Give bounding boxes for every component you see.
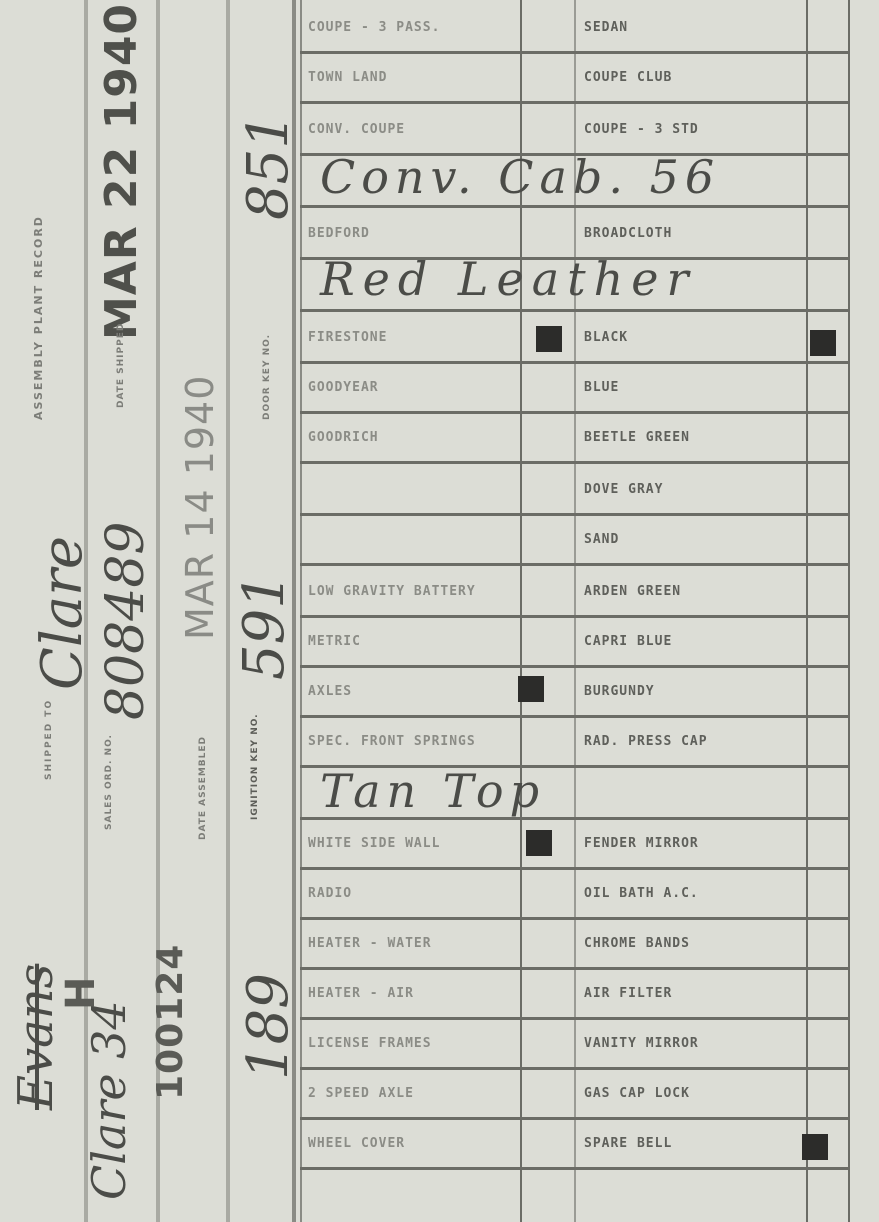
model-code: H	[58, 976, 104, 1010]
option-left-label: GOODYEAR	[304, 364, 524, 411]
option-left-label: LOW GRAVITY BATTERY	[304, 568, 524, 615]
option-left-label: RADIO	[304, 870, 524, 917]
date-assembled-label: DATE ASSEMBLED	[198, 736, 208, 840]
table-row: COUPE - 3 PASS.SEDAN	[300, 4, 850, 54]
sales-order-number: 808489	[96, 521, 156, 720]
table-row: SAND	[300, 516, 850, 566]
strip-divider	[226, 0, 230, 1222]
table-row: RADIOOIL BATH A.C.	[300, 870, 850, 920]
option-left-label	[304, 516, 524, 563]
serial-stamp: 100124	[150, 944, 191, 1100]
sales-order-label: SALES ORD. NO.	[104, 734, 114, 830]
table-row: WHITE SIDE WALLFENDER MIRROR	[300, 820, 850, 870]
date-shipped-label: DATE SHIPPED	[116, 323, 126, 408]
option-left-label: HEATER - AIR	[304, 970, 524, 1017]
option-left-label: AXLES	[304, 668, 524, 715]
checkbox-spare-bell-checked[interactable]	[802, 1134, 828, 1160]
option-right-label: FENDER MIRROR	[582, 820, 808, 867]
option-right-label: AIR FILTER	[582, 970, 808, 1017]
option-right-label: GAS CAP LOCK	[582, 1070, 808, 1117]
table-row: METRICCAPRI BLUE	[300, 618, 850, 668]
checkbox-firestone-checked[interactable]	[536, 326, 562, 352]
door-key-number: 851	[236, 113, 301, 220]
door-key-label: DOOR KEY NO.	[262, 334, 272, 420]
strikeout-name: Evans	[8, 964, 64, 1110]
table-row: CONV. COUPECOUPE - 3 STD	[300, 106, 850, 156]
table-row: HEATER - AIRAIR FILTER	[300, 970, 850, 1020]
option-left-label: TOWN LAND	[304, 54, 524, 101]
handwritten-body-note: Conv. Cab. 56	[320, 150, 720, 204]
table-row	[300, 1170, 850, 1220]
shipped-to-label: SHIPPED TO	[44, 699, 54, 780]
date-assembled-stamp: MAR 14 1940	[178, 375, 222, 640]
option-right-label: COUPE - 3 STD	[582, 106, 808, 153]
option-left-label: FIRESTONE	[304, 314, 524, 361]
handwritten-trim-note: Red Leather	[320, 252, 696, 306]
option-left-label: METRIC	[304, 618, 524, 665]
option-right-label: COUPE CLUB	[582, 54, 808, 101]
card-title: ASSEMBLY PLANT RECORD	[32, 215, 45, 420]
option-left-label: GOODRICH	[304, 414, 524, 461]
checkbox-black-checked[interactable]	[810, 330, 836, 356]
option-left-label: SPEC. FRONT SPRINGS	[304, 718, 524, 765]
option-right-label: RAD. PRESS CAP	[582, 718, 808, 765]
assembly-record-card: ASSEMBLY PLANT RECORD SHIPPED TO Clare C…	[0, 0, 879, 1222]
table-row: DOVE GRAY	[300, 466, 850, 516]
option-right-label: CHROME BANDS	[582, 920, 808, 967]
ignition-key-number: 591	[232, 573, 297, 680]
handwritten-top-note: Tan Top	[320, 764, 545, 818]
option-right-label: SPARE BELL	[582, 1120, 808, 1167]
table-row: GOODRICHBEETLE GREEN	[300, 414, 850, 464]
option-left-label: WHITE SIDE WALL	[304, 820, 524, 867]
option-right-label: BLUE	[582, 364, 808, 411]
left-bottom-note: Clare 34	[82, 1000, 136, 1200]
option-right-label: BURGUNDY	[582, 668, 808, 715]
option-right-label: ARDEN GREEN	[582, 568, 808, 615]
option-right-label: SAND	[582, 516, 808, 563]
option-left-label	[304, 466, 524, 513]
option-right-label: BROADCLOTH	[582, 210, 808, 257]
table-row: HEATER - WATERCHROME BANDS	[300, 920, 850, 970]
ignition-key-label: IGNITION KEY NO.	[250, 713, 260, 820]
option-right-label: BEETLE GREEN	[582, 414, 808, 461]
table-row: LOW GRAVITY BATTERYARDEN GREEN	[300, 568, 850, 618]
option-left-label: BEDFORD	[304, 210, 524, 257]
table-row: FIRESTONEBLACK	[300, 314, 850, 364]
options-table: COUPE - 3 PASS.SEDAN TOWN LANDCOUPE CLUB…	[300, 0, 850, 1222]
option-left-label: LICENSE FRAMES	[304, 1020, 524, 1067]
checkbox-white-side-wall-checked[interactable]	[526, 830, 552, 856]
date-shipped-stamp: MAR 22 1940	[96, 3, 147, 340]
table-row: LICENSE FRAMESVANITY MIRROR	[300, 1020, 850, 1070]
option-left-label: HEATER - WATER	[304, 920, 524, 967]
option-left-label: COUPE - 3 PASS.	[304, 4, 524, 51]
table-row: TOWN LANDCOUPE CLUB	[300, 54, 850, 104]
table-row: GOODYEARBLUE	[300, 364, 850, 414]
option-right-label: CAPRI BLUE	[582, 618, 808, 665]
option-right-label: DOVE GRAY	[582, 466, 808, 513]
option-left-label: 2 SPEED AXLE	[304, 1070, 524, 1117]
body-number: 189	[236, 973, 301, 1080]
checkbox-axles-checked[interactable]	[518, 676, 544, 702]
option-right-label: VANITY MIRROR	[582, 1020, 808, 1067]
table-row: 2 SPEED AXLEGAS CAP LOCK	[300, 1070, 850, 1120]
table-row: SPEC. FRONT SPRINGSRAD. PRESS CAP	[300, 718, 850, 768]
option-left-label: WHEEL COVER	[304, 1120, 524, 1167]
shipped-to-value: Clare	[30, 536, 95, 690]
table-row: WHEEL COVERSPARE BELL	[300, 1120, 850, 1170]
table-row: AXLESBURGUNDY	[300, 668, 850, 718]
option-right-label: OIL BATH A.C.	[582, 870, 808, 917]
option-right-label: SEDAN	[582, 4, 808, 51]
option-left-label: CONV. COUPE	[304, 106, 524, 153]
option-right-label: BLACK	[582, 314, 808, 361]
